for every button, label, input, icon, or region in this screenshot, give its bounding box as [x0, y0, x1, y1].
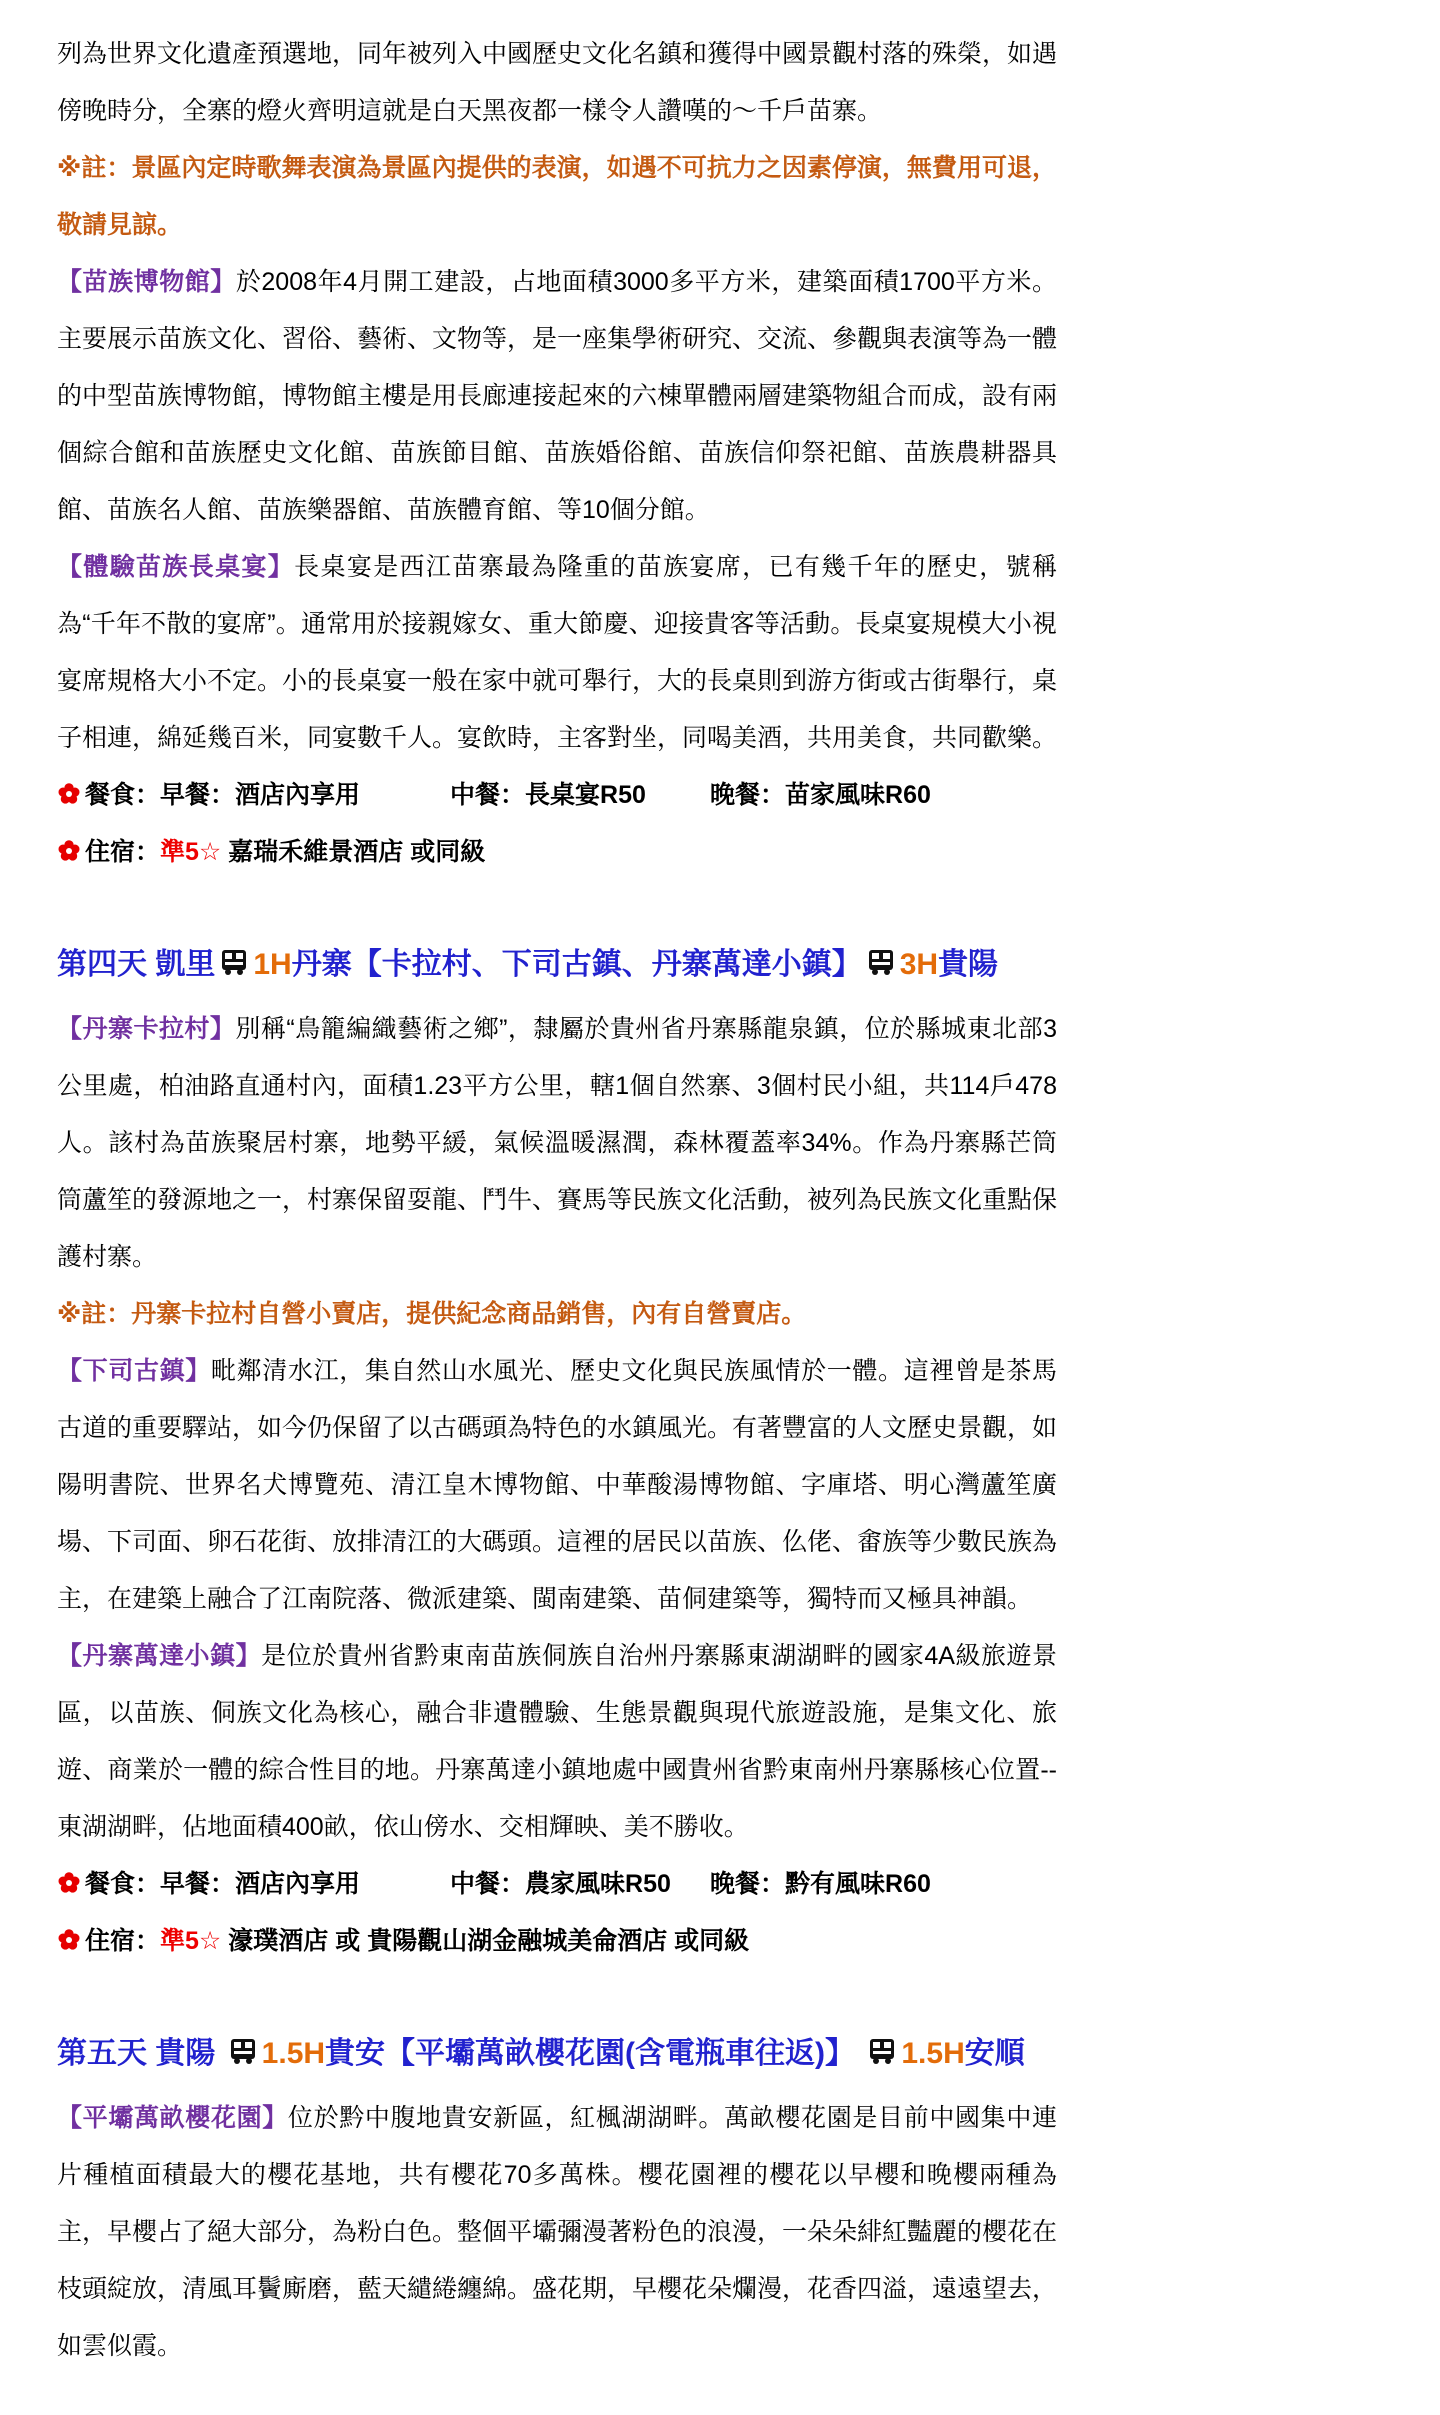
section-title: 【丹寨卡拉村】 — [57, 1015, 235, 1043]
bus-icon — [228, 2037, 258, 2065]
notice-line: ※註：景區內定時歌舞表演為景區內提供的表演，如遇不可抗力之因素停演，無費用可退，… — [57, 140, 1057, 254]
section-title: 【苗族博物館】 — [57, 268, 236, 296]
flower-bullet-icon — [57, 1928, 81, 1952]
paragraph-text: 長桌宴是西江苗寨最為隆重的苗族宴席，已有幾千年的歷史，號稱為“千年不散的宴席”。… — [57, 553, 1057, 752]
day-heading-text: 貴陽 — [938, 948, 998, 981]
meal-item: 早餐：酒店內享用 — [160, 767, 450, 824]
hotel-line: 住宿：準5☆ 嘉瑞禾維景酒店 或同級 — [57, 824, 1057, 881]
paragraph-text: 列為世界文化遺產預選地，同年被列入中國歷史文化名鎮和獲得中國景觀村落的殊榮，如遇… — [57, 40, 1057, 125]
paragraph: 【苗族博物館】於2008年4月開工建設，占地面積3000多平方米，建築面積170… — [57, 254, 1057, 539]
meal-item: 晚餐：苗家風味R60 — [710, 767, 931, 824]
paragraph: 【平壩萬畝櫻花園】位於黔中腹地貴安新區，紅楓湖湖畔。萬畝櫻花園是目前中國集中連片… — [57, 2090, 1057, 2375]
flower-bullet-icon — [57, 839, 81, 863]
paragraph-text: 於2008年4月開工建設，占地面積3000多平方米，建築面積1700平方米。主要… — [57, 268, 1057, 524]
bus-icon — [219, 948, 249, 976]
section-title: 【平壩萬畝櫻花園】 — [57, 2104, 288, 2132]
day-heading-text: 丹寨【卡拉村、下司古鎮、丹寨萬達小鎮】 — [292, 948, 862, 981]
meal-line: 餐食：早餐：酒店內享用中餐：農家風味R50晚餐：黔有風味R60 — [57, 1856, 1057, 1913]
meal-item: 晚餐：黔有風味R60 — [710, 1856, 931, 1913]
notice-text: ※註：景區內定時歌舞表演為景區內提供的表演，如遇不可抗力之因素停演，無費用可退，… — [57, 154, 1057, 239]
travel-duration: 1.5H — [901, 2037, 964, 2070]
hotel-name: 嘉瑞禾維景酒店 或同級 — [228, 838, 485, 866]
day-heading: 第四天 凱里1H丹寨【卡拉村、下司古鎮、丹寨萬達小鎮】3H貴陽 — [57, 943, 1057, 987]
notice-line: ※註：丹寨卡拉村自營小賣店，提供紀念商品銷售，內有自營賣店。 — [57, 1286, 1057, 1343]
flower-bullet-icon — [57, 782, 81, 806]
day-heading-text: 安順 — [965, 2037, 1025, 2070]
travel-duration: 3H — [900, 948, 938, 981]
hotel-grade: 準5☆ — [160, 838, 221, 866]
paragraph-text: 別稱“鳥籠編織藝術之鄉”，隸屬於貴州省丹寨縣龍泉鎮，位於縣城東北部3公里處，柏油… — [57, 1015, 1057, 1271]
section-title: 【體驗苗族長桌宴】 — [57, 553, 294, 581]
bus-icon — [866, 948, 896, 976]
paragraph: 【下司古鎮】毗鄰清水江，集自然山水風光、歷史文化與民族風情於一體。這裡曾是茶馬古… — [57, 1343, 1057, 1628]
day-heading-text: 第五天 貴陽 — [57, 2037, 224, 2070]
meal-line: 餐食：早餐：酒店內享用中餐：長桌宴R50晚餐：苗家風味R60 — [57, 767, 1057, 824]
section-title: 【下司古鎮】 — [57, 1357, 211, 1385]
notice-text: ※註：丹寨卡拉村自營小賣店，提供紀念商品銷售，內有自營賣店。 — [57, 1300, 806, 1328]
meal-item: 中餐：長桌宴R50 — [450, 767, 710, 824]
day-heading: 第五天 貴陽 1.5H貴安【平壩萬畝櫻花園(含電瓶車往返)】 1.5H安順 — [57, 2032, 1057, 2076]
paragraph: 列為世界文化遺產預選地，同年被列入中國歷史文化名鎮和獲得中國景觀村落的殊榮，如遇… — [57, 26, 1057, 140]
paragraph-text: 位於黔中腹地貴安新區，紅楓湖湖畔。萬畝櫻花園是目前中國集中連片種植面積最大的櫻花… — [57, 2104, 1057, 2360]
flower-bullet-icon — [57, 1871, 81, 1895]
section-title: 【丹寨萬達小鎮】 — [57, 1642, 261, 1670]
hotel-grade: 準5☆ — [160, 1927, 221, 1955]
meal-item: 早餐：酒店內享用 — [160, 1856, 450, 1913]
paragraph-text: 是位於貴州省黔東南苗族侗族自治州丹寨縣東湖湖畔的國家4A級旅遊景區，以苗族、侗族… — [57, 1642, 1057, 1841]
hotel-line: 住宿：準5☆ 濠璞酒店 或 貴陽觀山湖金融城美侖酒店 或同級 — [57, 1913, 1057, 1970]
day-heading-text: 貴安【平壩萬畝櫻花園(含電瓶車往返)】 — [325, 2037, 863, 2070]
paragraph: 【丹寨卡拉村】別稱“鳥籠編織藝術之鄉”，隸屬於貴州省丹寨縣龍泉鎮，位於縣城東北部… — [57, 1001, 1057, 1286]
meal-label: 餐食： — [85, 781, 160, 809]
travel-duration: 1H — [253, 948, 291, 981]
meal-label: 餐食： — [85, 1870, 160, 1898]
paragraph-text: 毗鄰清水江，集自然山水風光、歷史文化與民族風情於一體。這裡曾是茶馬古道的重要驛站… — [57, 1357, 1057, 1613]
hotel-label: 住宿： — [85, 1927, 160, 1955]
day-heading-text: 第四天 凱里 — [57, 948, 215, 981]
paragraph: 【丹寨萬達小鎮】是位於貴州省黔東南苗族侗族自治州丹寨縣東湖湖畔的國家4A級旅遊景… — [57, 1628, 1057, 1856]
paragraph: 【體驗苗族長桌宴】長桌宴是西江苗寨最為隆重的苗族宴席，已有幾千年的歷史，號稱為“… — [57, 539, 1057, 767]
itinerary-document: 列為世界文化遺產預選地，同年被列入中國歷史文化名鎮和獲得中國景觀村落的殊榮，如遇… — [0, 0, 1057, 2415]
travel-duration: 1.5H — [262, 2037, 325, 2070]
hotel-name: 濠璞酒店 或 貴陽觀山湖金融城美侖酒店 或同級 — [228, 1927, 749, 1955]
hotel-label: 住宿： — [85, 838, 160, 866]
meal-item: 中餐：農家風味R50 — [450, 1856, 710, 1913]
bus-icon — [867, 2037, 897, 2065]
